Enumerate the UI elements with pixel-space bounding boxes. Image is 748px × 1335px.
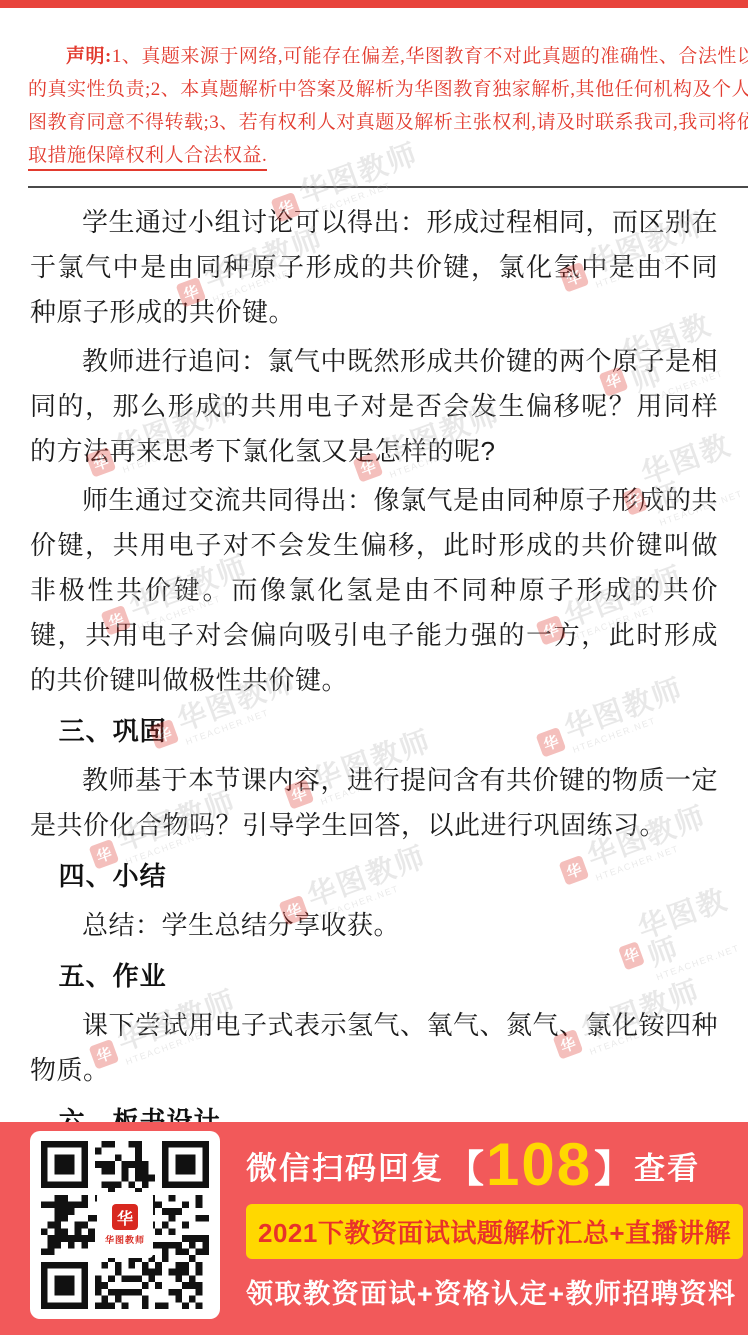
bracket-close: 】 xyxy=(594,1138,632,1193)
disclaimer-text-4: 取措施保障权利人合法权益. xyxy=(28,145,267,171)
heading-consolidation: 三、巩固 xyxy=(30,709,718,754)
banner-highlight-pill: 2021下教资面试试题解析汇总+直播讲解 xyxy=(246,1204,743,1259)
banner-line-3: 领取教资面试+资格认定+教师招聘资料 xyxy=(246,1272,737,1311)
disclaimer-line-4: 取措施保障权利人合法权益. xyxy=(28,139,720,172)
disclaimer-text-1: 1、真题来源于网络,可能存在偏差,华图教育不对此真题的准确性、合法性以及内容 xyxy=(112,46,748,67)
qr-brand-text: 华图教师 xyxy=(105,1233,145,1246)
banner-line-1: 微信扫码回复 【 108 】 查看 xyxy=(246,1136,700,1194)
paragraph-teacher-question: 教师进行追问：氯气中既然形成共价键的两个原子是相同的，那么形成的共用电子对是否会… xyxy=(30,339,718,474)
qr-center-label: 华 华图教师 xyxy=(97,1192,153,1258)
qr-code-box: 华 华图教师 xyxy=(30,1131,220,1319)
heading-summary: 四、小结 xyxy=(30,854,718,899)
top-red-bar xyxy=(0,0,748,8)
paragraph-summary: 总结：学生总结分享收获。 xyxy=(30,903,718,948)
disclaimer-block: 声明:1、真题来源于网络,可能存在偏差,华图教育不对此真题的准确性、合法性以及内… xyxy=(28,40,720,172)
bracket-open: 【 xyxy=(446,1138,484,1193)
banner-scan-text: 微信扫码回复 xyxy=(246,1143,444,1188)
reply-code: 108 xyxy=(486,1135,592,1195)
paragraph-teacher-student-conclusion: 师生通过交流共同得出：像氯气是由同种原子形成的共价键，共用电子对不会发生偏移，此… xyxy=(30,478,718,703)
banner-texts: 微信扫码回复 【 108 】 查看 2021下教资面试试题解析汇总+直播讲解 领… xyxy=(246,1136,743,1311)
footer-banner: 华 华图教师 微信扫码回复 【 108 】 查看 2021下教资面试试题解析汇总… xyxy=(0,1122,748,1335)
disclaimer-label: 声明: xyxy=(66,46,112,67)
disclaimer-line-3: 图教育同意不得转载;3、若有权利人对真题及解析主张权利,请及时联系我司,我司将依… xyxy=(28,106,720,139)
paragraph-consolidation: 教师基于本节课内容，进行提问含有共价键的物质一定是共价化合物吗？引导学生回答，以… xyxy=(30,758,718,848)
disclaimer-line-2: 的真实性负责;2、本真题解析中答案及解析为华图教育独家解析,其他任何机构及个人未… xyxy=(28,73,720,106)
paragraph-student-discussion: 学生通过小组讨论可以得出：形成过程相同，而区别在于氯气中是由同种原子形成的共价键… xyxy=(30,200,718,335)
paragraph-homework: 课下尝试用电子式表示氢气、氧气、氮气、氯化铵四种物质。 xyxy=(30,1003,718,1093)
disclaimer-line-1: 声明:1、真题来源于网络,可能存在偏差,华图教育不对此真题的准确性、合法性以及内… xyxy=(28,40,720,73)
heading-homework: 五、作业 xyxy=(30,954,718,999)
huatu-logo-icon: 华 xyxy=(112,1204,138,1230)
banner-view-text: 查看 xyxy=(634,1143,700,1188)
